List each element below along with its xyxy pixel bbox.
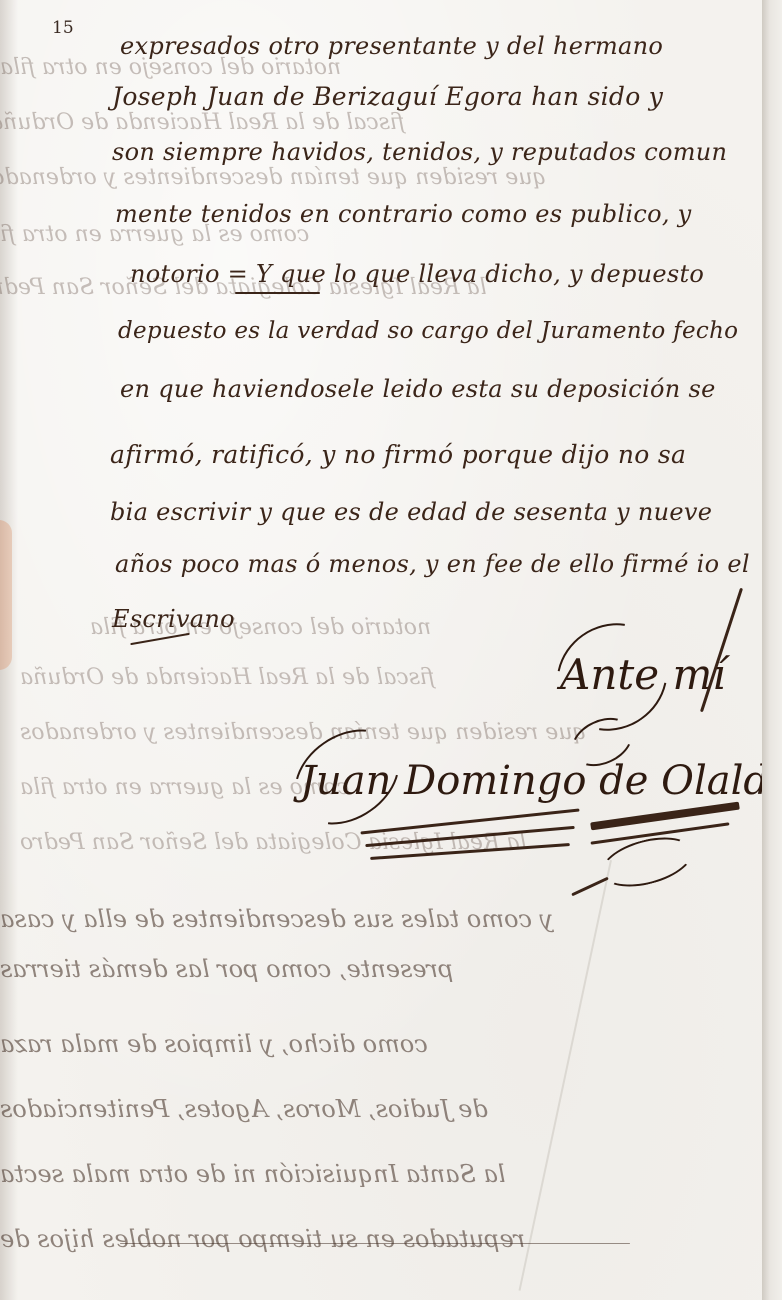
- underline-stroke: [235, 292, 320, 294]
- manuscript-line: notorio = Y que lo que lleva dicho, y de…: [130, 260, 704, 288]
- bleed-through-line: fiscal de la Real Hacienda de Orduña: [0, 110, 405, 135]
- bottom-rule: [120, 1243, 630, 1244]
- page-number: 15: [52, 18, 74, 38]
- manuscript-line: en que haviendosele leido esta su deposi…: [120, 375, 716, 403]
- bleed-through-line: fiscal de la Real Hacienda de Orduña: [20, 665, 435, 690]
- manuscript-line: mente tenidos en contrario como es publi…: [115, 200, 692, 228]
- bleed-through-line: como dicho, y limpios de mala raza: [0, 1030, 428, 1058]
- bleed-through-line: la Santa Inquisición ni de otra mala sec…: [0, 1160, 506, 1188]
- bleed-through-line: que residen que tenían descendientes y o…: [0, 165, 547, 190]
- manuscript-line: depuesto es la verdad so cargo del Juram…: [118, 318, 738, 344]
- manuscript-page: 15 notario del consejo en otra fila fisc…: [0, 0, 768, 1300]
- manuscript-line: expresados otro presentante y del herman…: [120, 32, 663, 60]
- scanner-finger: [0, 520, 12, 670]
- manuscript-line: son siempre havidos, tenidos, y reputado…: [112, 138, 727, 166]
- manuscript-line: Escrivano: [112, 605, 235, 633]
- manuscript-line: bia escrivir y que es de edad de sesenta…: [110, 498, 712, 526]
- bleed-through-line: que residen que tenían descendientes y o…: [20, 720, 587, 745]
- manuscript-line: Joseph Juan de Berizaguí Egora han sido …: [112, 82, 663, 111]
- manuscript-line: años poco mas ó menos, y en fee de ello …: [115, 550, 750, 578]
- bleed-through-line: reputados en su tiempo por nobles hijos …: [0, 1225, 525, 1253]
- manuscript-line: afirmó, ratificó, y no firmó porque dijo…: [110, 440, 686, 469]
- bleed-through-line: de Judios, Moros, Agotes, Penitenciados: [0, 1095, 488, 1123]
- bleed-through-line: presente, como por las demás tierras: [0, 955, 453, 983]
- bleed-through-line: y como tales sus descendientes de ella y…: [0, 905, 553, 933]
- page-edge: [762, 0, 782, 1300]
